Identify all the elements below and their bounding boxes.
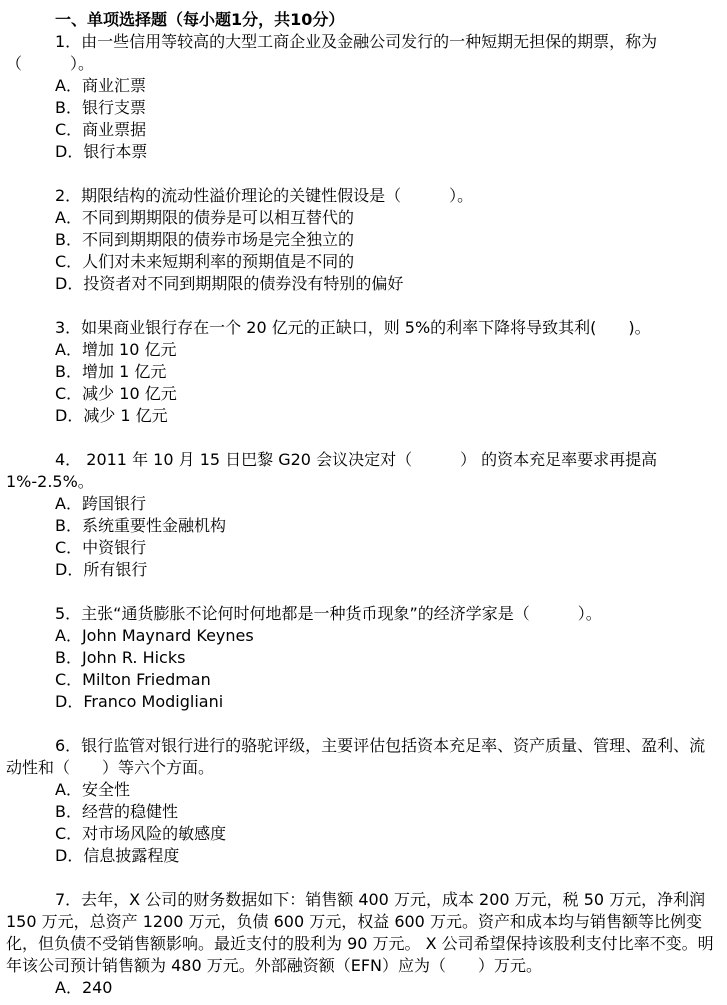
exam-document-page: 一、单项选择题（每小题1分，共10分） 1．由一些信用等较高的大型工商企业及金融… — [0, 0, 727, 1005]
question-option: C．人们对未来短期利率的预期值是不同的 — [6, 251, 717, 273]
question-option: A．John Maynard Keynes — [6, 625, 717, 647]
question-stem: 7．去年，X 公司的财务数据如下：销售额 400 万元，成本 200 万元，税 … — [6, 889, 717, 977]
question-option: D．投资者对不同到期期限的债券没有特别的偏好 — [6, 273, 717, 295]
question-option: D．Franco Modigliani — [6, 691, 717, 713]
question-option: C．商业票据 — [6, 119, 717, 141]
question-option: B．经营的稳健性 — [6, 801, 717, 823]
question-stem: 6．银行监管对银行进行的骆驼评级，主要评估包括资本充足率、资产质量、管理、盈利、… — [6, 735, 717, 779]
question-option: C．Milton Friedman — [6, 669, 717, 691]
question-option: D．信息披露程度 — [6, 845, 717, 867]
question-stem: 2．期限结构的流动性溢价理论的关键性假设是（ ）。 — [6, 185, 717, 207]
question-block-5: 5．主张“通货膨胀不论何时何地都是一种货币现象”的经济学家是（ ）。 A．Joh… — [6, 603, 717, 713]
question-option: A．不同到期期限的债券是可以相互替代的 — [6, 207, 717, 229]
question-stem: 3．如果商业银行存在一个 20 亿元的正缺口，则 5%的利率下降将导致其利( )… — [6, 317, 717, 339]
question-block-7: 7．去年，X 公司的财务数据如下：销售额 400 万元，成本 200 万元，税 … — [6, 889, 717, 999]
question-block-4: 4． 2011 年 10 月 15 日巴黎 G20 会议决定对（ ） 的资本充足… — [6, 449, 717, 581]
question-option: A．240 — [6, 977, 717, 999]
question-block-6: 6．银行监管对银行进行的骆驼评级，主要评估包括资本充足率、资产质量、管理、盈利、… — [6, 735, 717, 867]
question-option: B．银行支票 — [6, 97, 717, 119]
question-block-3: 3．如果商业银行存在一个 20 亿元的正缺口，则 5%的利率下降将导致其利( )… — [6, 317, 717, 427]
question-block-2: 2．期限结构的流动性溢价理论的关键性假设是（ ）。 A．不同到期期限的债券是可以… — [6, 185, 717, 295]
question-option: C．对市场风险的敏感度 — [6, 823, 717, 845]
question-option: A．商业汇票 — [6, 75, 717, 97]
question-option: D．所有银行 — [6, 559, 717, 581]
question-option: C．减少 10 亿元 — [6, 383, 717, 405]
question-option: B．系统重要性金融机构 — [6, 515, 717, 537]
question-block-1: 1．由一些信用等较高的大型工商企业及金融公司发行的一种短期无担保的期票，称为（ … — [6, 31, 717, 163]
question-option: D．银行本票 — [6, 141, 717, 163]
question-option: A．增加 10 亿元 — [6, 339, 717, 361]
question-stem: 4． 2011 年 10 月 15 日巴黎 G20 会议决定对（ ） 的资本充足… — [6, 449, 717, 493]
question-option: A．安全性 — [6, 779, 717, 801]
question-option: B．不同到期期限的债券市场是完全独立的 — [6, 229, 717, 251]
question-option: B．John R. Hicks — [6, 647, 717, 669]
section-title: 一、单项选择题（每小题1分，共10分） — [6, 9, 717, 31]
question-option: C．中资银行 — [6, 537, 717, 559]
question-stem: 5．主张“通货膨胀不论何时何地都是一种货币现象”的经济学家是（ ）。 — [6, 603, 717, 625]
question-option: B．增加 1 亿元 — [6, 361, 717, 383]
question-stem: 1．由一些信用等较高的大型工商企业及金融公司发行的一种短期无担保的期票，称为（ … — [6, 31, 717, 75]
question-option: D．减少 1 亿元 — [6, 405, 717, 427]
question-option: A．跨国银行 — [6, 493, 717, 515]
